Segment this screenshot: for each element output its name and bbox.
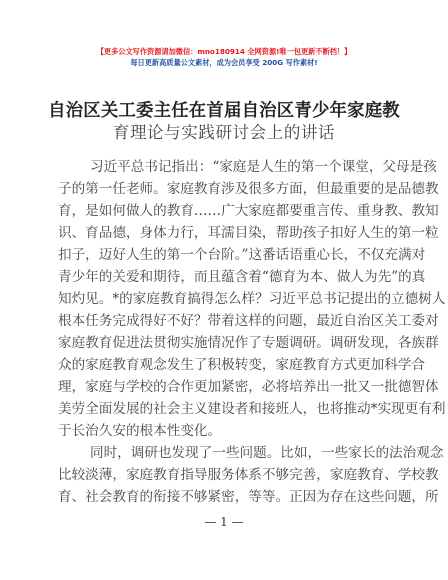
document-body: 习近平总书记指出：“家庭是人生的第一个课堂，父母是孩 子的第一任老师。家庭教育涉… xyxy=(58,156,394,508)
body-line: 育、社会教育的衔接不够紧密，等等。正因为存在这些问题，所 xyxy=(58,486,394,508)
document-title-line-1: 自治区关工委主任在首届自治区青少年家庭教 xyxy=(0,96,448,121)
body-line: 知灼见。*的家庭教育搞得怎么样？习近平总书记提出的立德树人 xyxy=(58,288,394,310)
body-line: 识、育品德，身体力行，耳濡目染，帮助孩子扣好人生的第一粒 xyxy=(58,222,394,244)
body-line: 比较淡薄，家庭教育指导服务体系不够完善，家庭教育、学校教 xyxy=(58,464,394,486)
promo-banner-line-2: 每日更新高质量公文素材，成为会员享受 200G 写作素材! xyxy=(0,58,448,68)
promo-banner-line-1: 【更多公文写作资源请加微信：mno180914 全网资源!唯一包更新不断档！】 xyxy=(0,47,448,57)
body-line: 子的第一任老师。家庭教育涉及很多方面，但最重要的是品德教 xyxy=(58,178,394,200)
page-number: — 1 — xyxy=(0,515,448,529)
body-line: 于长治久安的根本性变化。 xyxy=(58,420,394,442)
body-line: 理，家庭与学校的合作更加紧密，必将培养出一批又一批德智体 xyxy=(58,376,394,398)
body-line: 美劳全面发展的社会主义建设者和接班人，也将推动*实现更有利 xyxy=(58,398,394,420)
body-line: 青少年的关爱和期待，而且蕴含着“德育为本、做人为先”的真 xyxy=(58,266,394,288)
body-line: 扣子，迈好人生的第一个台阶。”这番话语重心长，不仅充满对 xyxy=(58,244,394,266)
body-line: 根本任务完成得好不好？带着这样的问题，最近自治区关工委对 xyxy=(58,310,394,332)
document-title-line-2: 育理论与实践研讨会上的讲话 xyxy=(0,119,448,143)
body-line: 众的家庭教育观念发生了积极转变，家庭教育方式更加科学合 xyxy=(58,354,394,376)
body-line: 习近平总书记指出：“家庭是人生的第一个课堂，父母是孩 xyxy=(58,156,394,178)
body-line: 育，是如何做人的教育……广大家庭都要重言传、重身教、教知 xyxy=(58,200,394,222)
body-line: 同时，调研也发现了一些问题。比如，一些家长的法治观念 xyxy=(58,442,394,464)
body-line: 家庭教育促进法贯彻实施情况作了专题调研。调研发现，各族群 xyxy=(58,332,394,354)
